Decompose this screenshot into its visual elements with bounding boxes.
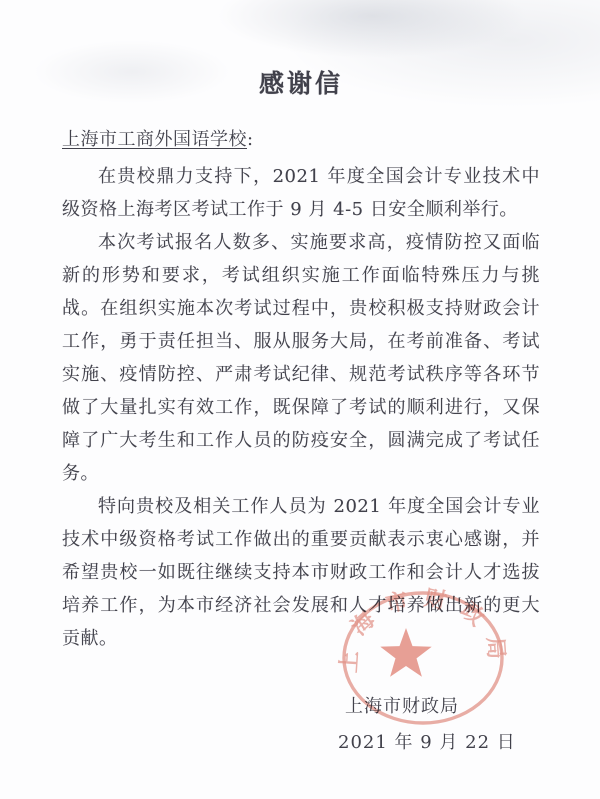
signature-block: 上海市财政局 2021 年 9 月 22 日 [62,695,540,755]
letter-salutation: 上海市工商外国语学校: [62,128,540,152]
letter-title: 感谢信 [62,68,540,100]
letter-paragraphs: 在贵校鼎力支持下，2021 年度全国会计专业技术中级资格上海考区考试工作于 9 … [62,160,540,655]
letter-paragraph: 在贵校鼎力支持下，2021 年度全国会计专业技术中级资格上海考区考试工作于 9 … [62,160,540,226]
addressee-name: 上海市工商外国语学校 [62,129,247,150]
signature-org-name: 上海市财政局 [345,695,540,719]
salutation-colon: : [247,129,254,150]
signature-date: 2021 年 9 月 22 日 [338,731,540,755]
letter-body: 感谢信 上海市工商外国语学校: 在贵校鼎力支持下，2021 年度全国会计专业技术… [0,0,600,755]
scanned-letter-page: 感谢信 上海市工商外国语学校: 在贵校鼎力支持下，2021 年度全国会计专业技术… [0,0,600,799]
letter-paragraph: 本次考试报名人数多、实施要求高，疫情防控又面临新的形势和要求，考试组织实施工作面… [62,226,540,490]
letter-paragraph: 特向贵校及相关工作人员为 2021 年度全国会计专业技术中级资格考试工作做出的重… [62,490,540,655]
